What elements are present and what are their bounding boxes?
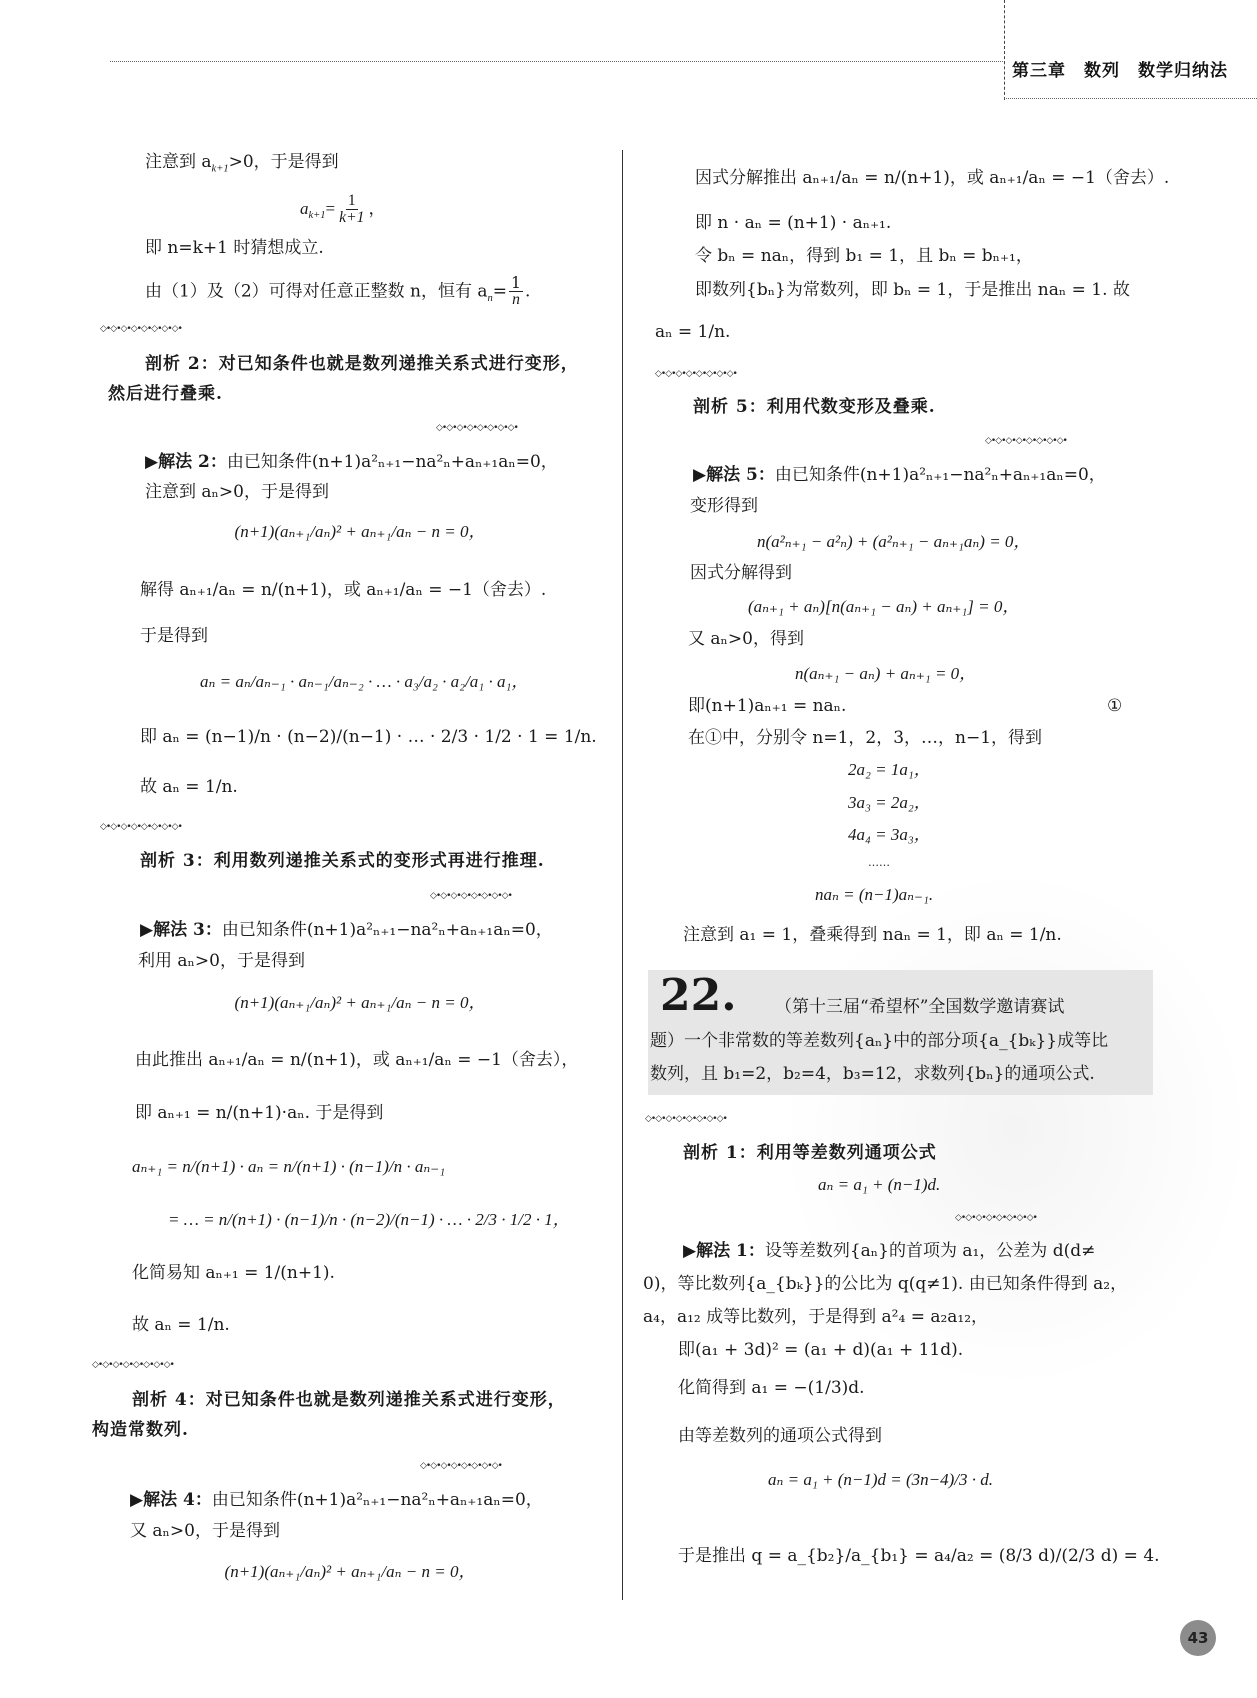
text-line: 即 n · aₙ = (n+1) · aₙ₊₁. — [695, 213, 891, 233]
analysis-1: 剖析 1：利用等差数列通项公式 — [683, 1143, 937, 1163]
text-line: 即 aₙ = (n−1)/n · (n−2)/(n−1) · … · 2/3 ·… — [140, 727, 597, 747]
equation-list-item: 3a₃ = 2a₂， — [848, 793, 931, 813]
solution-4-heading: ▶解法 4：由已知条件(n+1)a²ₙ₊₁−na²ₙ+aₙ₊₁aₙ=0， — [130, 1490, 543, 1510]
solution-label: ▶解法 5： — [693, 465, 775, 485]
problem-text: （第十三届“希望杯”全国数学邀请赛试 — [775, 997, 1064, 1017]
equation: (n+1)(aₙ₊₁/aₙ)² + aₙ₊₁/aₙ − n = 0， — [100, 522, 620, 542]
solution-label: ▶解法 2： — [145, 452, 227, 472]
text-line: 令 bₙ = naₙ，得到 b₁ = 1，且 bₙ = bₙ₊₁， — [695, 246, 1033, 266]
text-line: 故 aₙ = 1/n. — [132, 1315, 230, 1335]
equation: = … = n/(n+1) · (n−1)/n · (n−2)/(n−1) · … — [168, 1210, 570, 1230]
analysis-4: 剖析 4：对已知条件也就是数列递推关系式进行变形， — [132, 1390, 566, 1410]
equation: aₙ = a₁ + (n−1)d = (3n−4)/3 · d. — [768, 1470, 993, 1490]
ornament-divider: ◇•◇•◇•◇•◇•◇•◇•◇• — [985, 437, 1067, 445]
text-line: 由此推出 aₙ₊₁/aₙ = n/(n+1)，或 aₙ₊₁/aₙ = −1（舍去… — [135, 1050, 578, 1070]
text-line: 利用 aₙ>0，于是得到 — [138, 951, 305, 971]
ornament-divider: ◇•◇•◇•◇•◇•◇•◇•◇• — [955, 1214, 1037, 1222]
analysis-5: 剖析 5：利用代数变形及叠乘. — [693, 397, 936, 417]
text-line: 即 n=k+1 时猜想成立. — [145, 238, 324, 258]
equation: (aₙ₊₁ + aₙ)[n(aₙ₊₁ − aₙ) + aₙ₊₁] = 0， — [748, 597, 1019, 617]
equation: ak+1=1k+1， — [300, 193, 385, 227]
text-line: 故 aₙ = 1/n. — [140, 777, 238, 797]
text-line: 又 aₙ>0，于是得到 — [130, 1521, 280, 1541]
text-line: 在①中，分别令 n=1，2，3，…，n−1，得到 — [688, 728, 1042, 748]
text-line: 因式分解得到 — [690, 563, 792, 583]
equation: aₙ = aₙ/aₙ₋₁ · aₙ₋₁/aₙ₋₂ · … · a₃/a₂ · a… — [200, 672, 528, 692]
ornament-divider: ◇•◇•◇•◇•◇•◇•◇•◇• — [100, 325, 182, 333]
text-line: 即数列{bₙ}为常数列，即 bₙ = 1，于是推出 naₙ = 1. 故 — [695, 280, 1130, 300]
text-line: 因式分解推出 aₙ₊₁/aₙ = n/(n+1)，或 aₙ₊₁/aₙ = −1（… — [695, 168, 1169, 188]
problem-text: 题）一个非常数的等差数列{aₙ}中的部分项{a_{bₖ}}成等比 — [650, 1031, 1108, 1051]
text-line: aₙ = 1/n. — [655, 322, 730, 342]
text-line: 化简易知 aₙ₊₁ = 1/(n+1). — [132, 1263, 335, 1283]
equation: aₙ₊₁ = n/(n+1) · aₙ = n/(n+1) · (n−1)/n … — [132, 1157, 445, 1177]
equation: (n+1)(aₙ₊₁/aₙ)² + aₙ₊₁/aₙ − n = 0， — [100, 993, 620, 1013]
page-number: 43 — [1180, 1620, 1216, 1656]
ornament-divider: ◇•◇•◇•◇•◇•◇•◇•◇• — [645, 1115, 727, 1123]
text-line: 于是得到 — [140, 626, 208, 646]
solution-label: ▶解法 3： — [140, 920, 222, 940]
ornament-divider: ◇•◇•◇•◇•◇•◇•◇•◇• — [655, 370, 737, 378]
solution-1-heading: ▶解法 1：设等差数列{aₙ}的首项为 a₁，公差为 d(d≠ — [683, 1241, 1095, 1261]
solution-label: ▶解法 1： — [683, 1241, 765, 1261]
column-divider — [622, 150, 623, 1600]
problem-text: 数列，且 b₁=2，b₂=4，b₃=12，求数列{bₙ}的通项公式. — [650, 1064, 1095, 1084]
text-line: 解得 aₙ₊₁/aₙ = n/(n+1)，或 aₙ₊₁/aₙ = −1（舍去）. — [140, 580, 546, 600]
equation-list-item: naₙ = (n−1)aₙ₋₁. — [815, 885, 933, 905]
problem-number: 22. — [660, 970, 737, 1021]
analysis-4-cont: 构造常数列. — [92, 1420, 189, 1440]
solution-5-heading: ▶解法 5：由已知条件(n+1)a²ₙ₊₁−na²ₙ+aₙ₊₁aₙ=0， — [693, 465, 1106, 485]
ornament-divider: ◇•◇•◇•◇•◇•◇•◇•◇• — [92, 1361, 174, 1369]
equation: n(a²ₙ₊₁ − a²ₙ) + (a²ₙ₊₁ − aₙ₊₁aₙ) = 0， — [757, 532, 1030, 552]
equation: aₙ = a₁ + (n−1)d. — [818, 1175, 940, 1195]
text-line: 注意到 ak+1>0，于是得到 — [145, 152, 339, 172]
solution-3-heading: ▶解法 3：由已知条件(n+1)a²ₙ₊₁−na²ₙ+aₙ₊₁aₙ=0， — [140, 920, 553, 940]
text-line: 注意到 a₁ = 1，叠乘得到 naₙ = 1，即 aₙ = 1/n. — [683, 925, 1062, 945]
solution-label: ▶解法 4： — [130, 1490, 212, 1510]
text-line: 即(a₁ + 3d)² = (a₁ + d)(a₁ + 11d). — [678, 1340, 963, 1360]
analysis-2: 剖析 2：对已知条件也就是数列递推关系式进行变形， — [145, 354, 579, 374]
text-line: 由等差数列的通项公式得到 — [678, 1426, 882, 1446]
equation-marker: ① — [1107, 696, 1122, 716]
text-line: 于是推出 q = a_{b₂}/a_{b₁} = a₄/a₂ = (8/3 d)… — [678, 1546, 1160, 1566]
ornament-divider: ◇•◇•◇•◇•◇•◇•◇•◇• — [430, 892, 512, 900]
text-line: 即 aₙ₊₁ = n/(n+1)·aₙ. 于是得到 — [135, 1103, 383, 1123]
header-rule — [110, 61, 1005, 62]
equation-list-item: 2a₂ = 1a₁， — [848, 760, 931, 780]
ornament-divider: ◇•◇•◇•◇•◇•◇•◇•◇• — [436, 424, 518, 432]
equation-list-item: 4a₄ = 3a₃， — [848, 825, 931, 845]
analysis-2-cont: 然后进行叠乘. — [108, 384, 223, 404]
text-line: a₄，a₁₂ 成等比数列，于是得到 a²₄ = a₂a₁₂， — [643, 1307, 988, 1327]
analysis-3: 剖析 3：利用数列递推关系式的变形式再进行推理. — [140, 851, 545, 871]
solution-2-heading: ▶解法 2：由已知条件(n+1)a²ₙ₊₁−na²ₙ+aₙ₊₁aₙ=0， — [145, 452, 558, 472]
ornament-divider: ◇•◇•◇•◇•◇•◇•◇•◇• — [420, 1462, 502, 1470]
equation: (n+1)(aₙ₊₁/aₙ)² + aₙ₊₁/aₙ − n = 0， — [90, 1562, 610, 1582]
text-line: 即(n+1)aₙ₊₁ = naₙ. — [688, 696, 846, 716]
text-line: 又 aₙ>0，得到 — [688, 629, 804, 649]
text-line: 变形得到 — [690, 496, 758, 516]
ellipsis: …… — [868, 856, 890, 869]
chapter-title: 第三章 数列 数学归纳法 — [1012, 56, 1228, 81]
text-line: 由（1）及（2）可得对任意正整数 n，恒有 an=1n. — [145, 275, 530, 309]
header-divider — [1004, 0, 1005, 100]
text-line: 注意到 aₙ>0，于是得到 — [145, 482, 329, 502]
ornament-divider: ◇•◇•◇•◇•◇•◇•◇•◇• — [100, 823, 182, 831]
equation: n(aₙ₊₁ − aₙ) + aₙ₊₁ = 0， — [795, 664, 976, 684]
text-line: 0)，等比数列{a_{bₖ}}的公比为 q(q≠1). 由已知条件得到 a₂， — [643, 1274, 1127, 1294]
header-underline — [1004, 98, 1257, 99]
text-line: 化简得到 a₁ = −(1/3)d. — [678, 1378, 865, 1398]
